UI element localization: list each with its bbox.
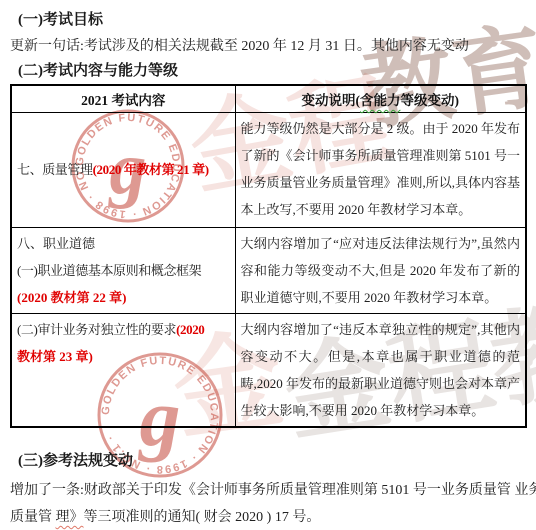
section1-title: (一)考试目标: [18, 8, 103, 29]
table-row-independence: (二)审计业务对独立性的要求(2020 教材第 23 章) 大纲内容增加了“违反…: [11, 313, 526, 427]
document-content: (一)考试目标 更新一句话:考试涉及的相关法规截至 2020 年 12 月 31…: [0, 0, 536, 530]
table-row-ethics: 八、职业道德 (一)职业道德基本原则和概念框架 (2020 教材第 22 章) …: [11, 227, 526, 313]
section3-title: (三)参考法规变动: [18, 449, 133, 470]
col-header-2021-content: 2021 考试内容: [11, 85, 235, 112]
chapter-subtitle: (一)职业道德基本原则和概念框架: [17, 257, 230, 284]
section3-body-line1: 增加了一条:财政部关于印发《会计师事务所质量管理准则第 5101 号一业务质量管…: [10, 477, 530, 504]
body-text-post: 等三项准则的通知( 财会 2020 ) 17 号。: [84, 510, 321, 525]
cell-content-ethics: 八、职业道德 (一)职业道德基本原则和概念框架 (2020 教材第 22 章): [11, 227, 235, 313]
header-text-pre: 变动说明(: [302, 93, 361, 108]
header-text-post: 等级变动): [401, 93, 460, 108]
chapter-title: 七、质量管理: [17, 162, 93, 177]
cell-change-quality: 能力等级仍然是大部分是 2 级。由于 2020 年发布了新的《会计师事务所质量管…: [235, 112, 526, 227]
section3-body-line2: 质量管 理》等三项准则的通知( 财会 2020 ) 17 号。: [10, 504, 530, 530]
cell-content-independence: (二)审计业务对独立性的要求(2020 教材第 23 章): [11, 313, 235, 427]
cell-content-quality: 七、质量管理(2020 年教材第 21 章): [11, 112, 235, 227]
chapter-ref-red: (2020 年教材第 21 章): [93, 162, 209, 177]
table-header-row: 2021 考试内容 变动说明(含能力等级变动): [11, 85, 526, 112]
table-row-quality-management: 七、质量管理(2020 年教材第 21 章) 能力等级仍然是大部分是 2 级。由…: [11, 112, 526, 227]
cell-change-ethics: 大纲内容增加了“应对违反法律法规行为”,虽然内容和能力等级变动不大,但是 202…: [235, 227, 526, 313]
section1-body: 更新一句话:考试涉及的相关法规截至 2020 年 12 月 31 日。其他内容无…: [10, 35, 469, 55]
section3-body: 增加了一条:财政部关于印发《会计师事务所质量管理准则第 5101 号一业务质量管…: [10, 477, 530, 530]
exam-change-table: 2021 考试内容 变动说明(含能力等级变动) 七、质量管理(2020 年教材第…: [10, 84, 527, 428]
chapter-title: (二)审计业务对独立性的要求: [17, 322, 176, 337]
chapter-title: 八、职业道德: [17, 230, 230, 257]
chapter-ref-red-part1: (2020: [176, 322, 204, 337]
section2-title: (二)考试内容与能力等级: [18, 59, 178, 80]
chapter-ref-red-part2: 教材第 23 章): [17, 343, 230, 370]
body-text-pre: 质量管: [10, 510, 56, 525]
document-page: 教育 金程 金 金程教育 GOLDEN FUTURE EDUCATION · 1…: [0, 0, 536, 530]
body-text-squiggled: 理》: [56, 510, 84, 525]
col-header-change-desc: 变动说明(含能力等级变动): [235, 85, 526, 112]
chapter-ref-red: (2020 教材第 22 章): [17, 284, 230, 311]
header-text-squiggled: 含能力: [360, 93, 401, 108]
cell-change-independence: 大纲内容增加了“违反本章独立性的规定”,其他内容变动不大。但是,本章也属于职业道…: [235, 313, 526, 427]
